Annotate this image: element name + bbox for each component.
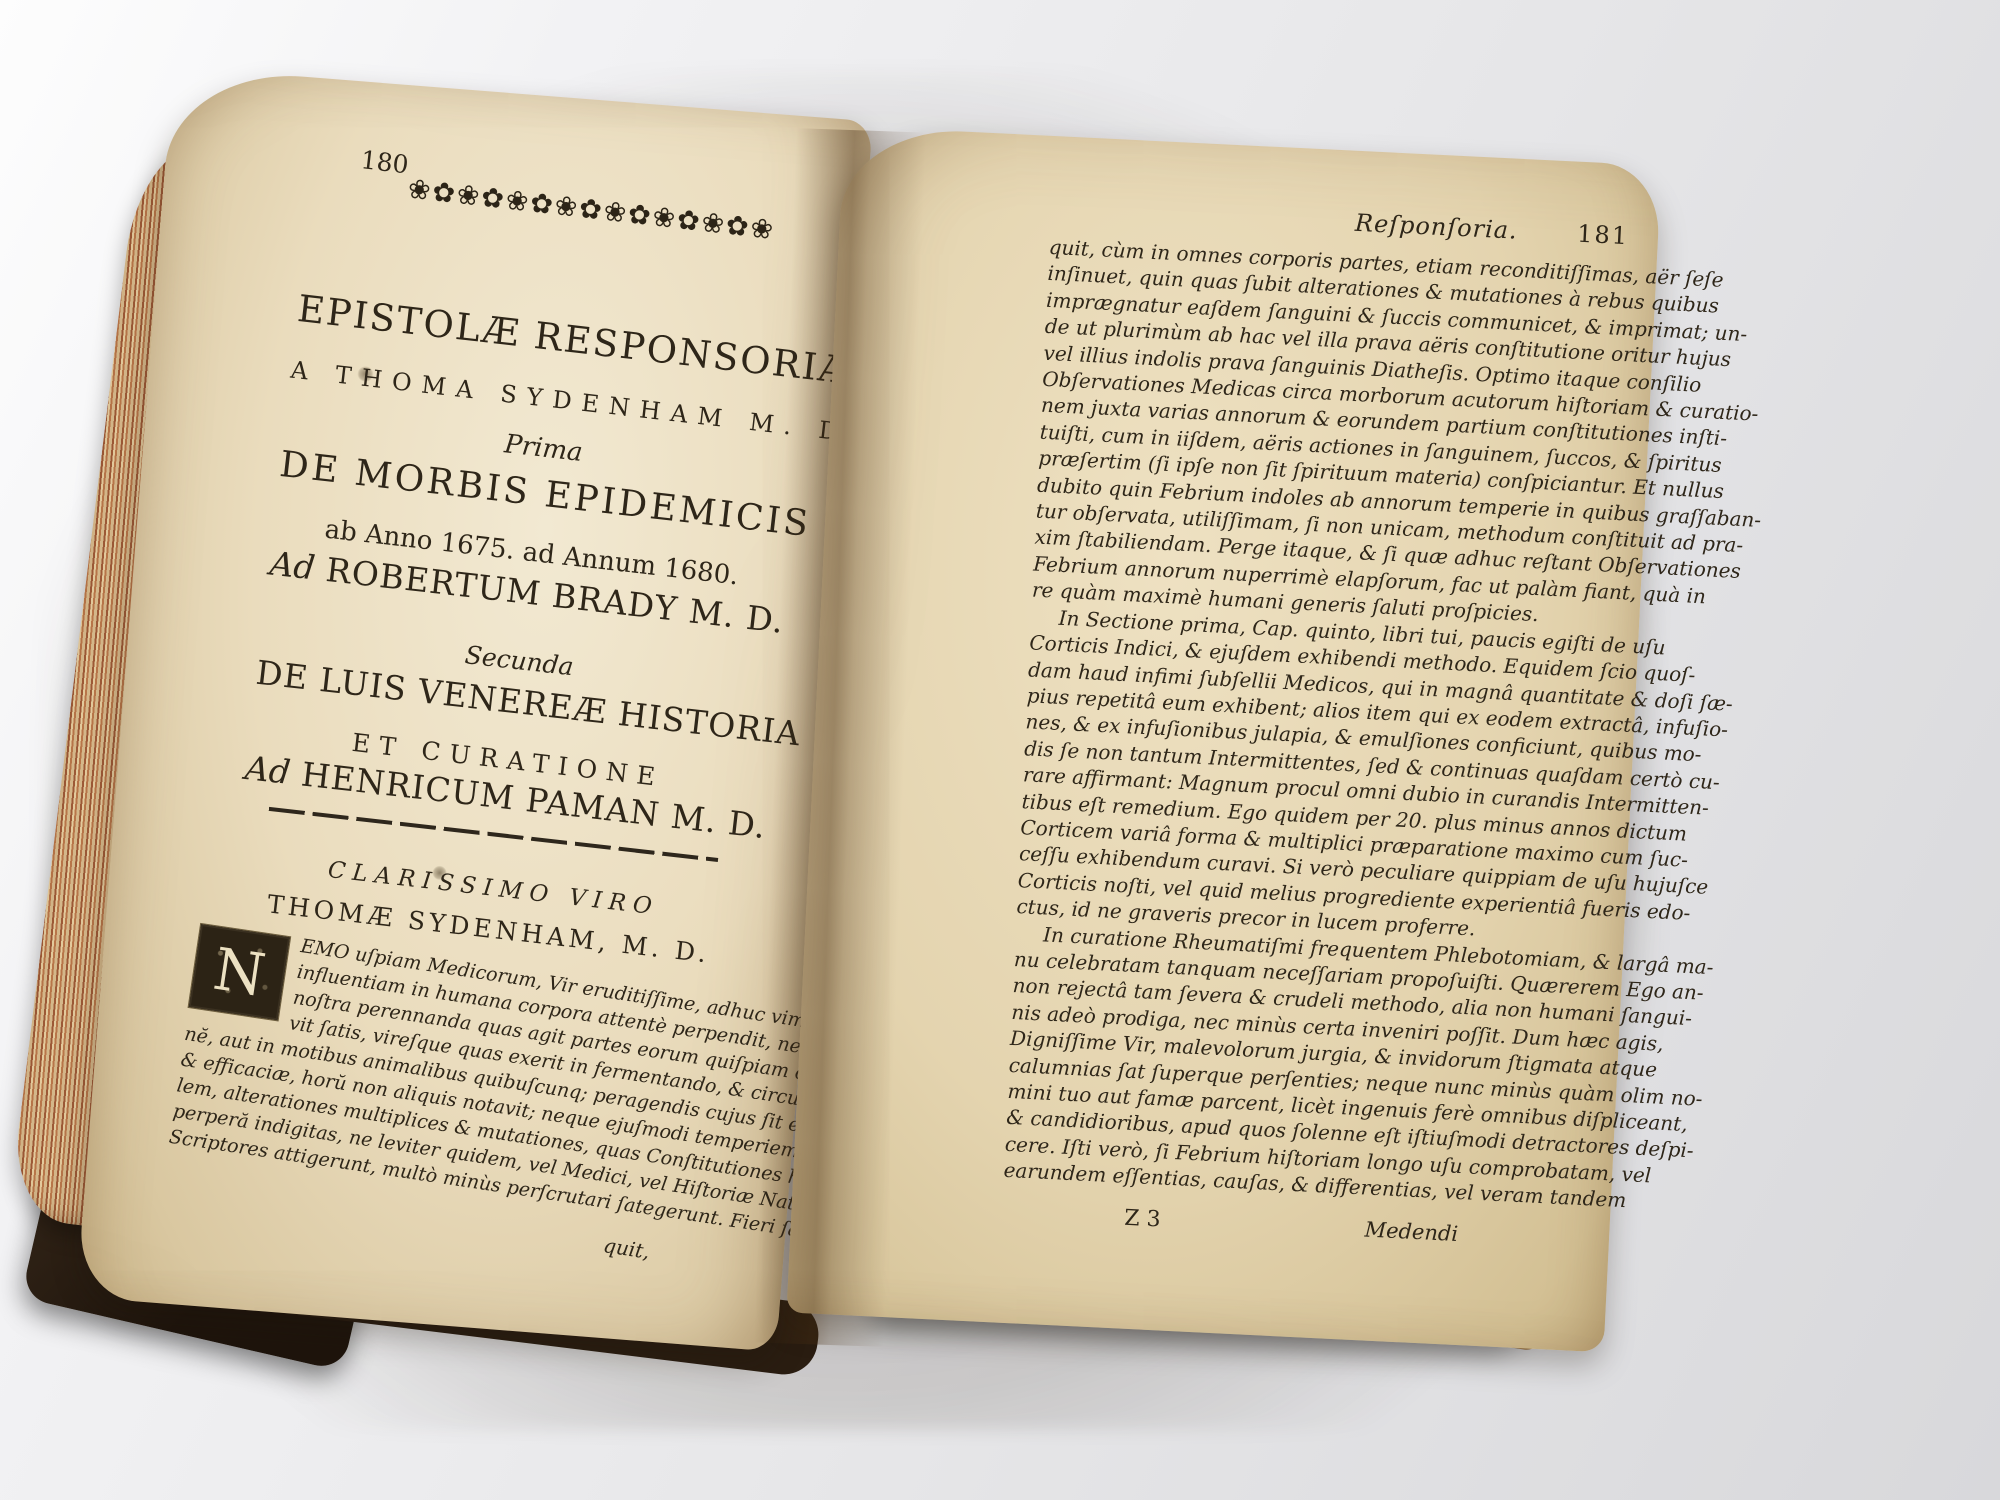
dedication-paragraph: N EMO uſpiam Medicorum, Vir eruditiſſime… xyxy=(161,918,780,1277)
ornament-band: ❀✿❀✿❀✿❀✿❀✿❀✿❀✿❀ xyxy=(406,175,817,251)
running-header: Reſponſoria. xyxy=(1354,209,1518,245)
right-page: Reſponſoria. 181 quit, cùm in omnes corp… xyxy=(786,126,1661,1353)
ad-prefix: Ad xyxy=(243,748,292,792)
page-paragraph: In curatione Rheumatiſmi frequentem Phle… xyxy=(1003,920,1600,1212)
catchword: Medendi xyxy=(1364,1217,1459,1246)
page-number-left: 180 xyxy=(359,145,410,179)
photo-background: 180 ❀✿❀✿❀✿❀✿❀✿❀✿❀✿❀ EPISTOLÆ RESPONSORIÆ… xyxy=(0,0,2000,1500)
page-paragraph: quit, cùm in omnes corporis partes, etia… xyxy=(1031,234,1633,632)
right-page-content: Reſponſoria. 181 quit, cùm in omnes corp… xyxy=(1001,194,1636,1262)
page-number-right: 181 xyxy=(1577,220,1630,250)
ad-prefix: Ad xyxy=(268,544,317,588)
signature-row: Z 3 Medendi xyxy=(1001,1199,1587,1262)
left-page: 180 ❀✿❀✿❀✿❀✿❀✿❀✿❀✿❀ EPISTOLÆ RESPONSORIÆ… xyxy=(76,66,873,1351)
signature-mark: Z 3 xyxy=(1124,1205,1161,1232)
page-paragraph: In Sectione prima, Cap. quinto, libri tu… xyxy=(1016,603,1616,948)
drop-cap: N xyxy=(189,924,290,1020)
left-page-content: 180 ❀✿❀✿❀✿❀✿❀✿❀✿❀✿❀ EPISTOLÆ RESPONSORIÆ… xyxy=(197,118,836,1254)
